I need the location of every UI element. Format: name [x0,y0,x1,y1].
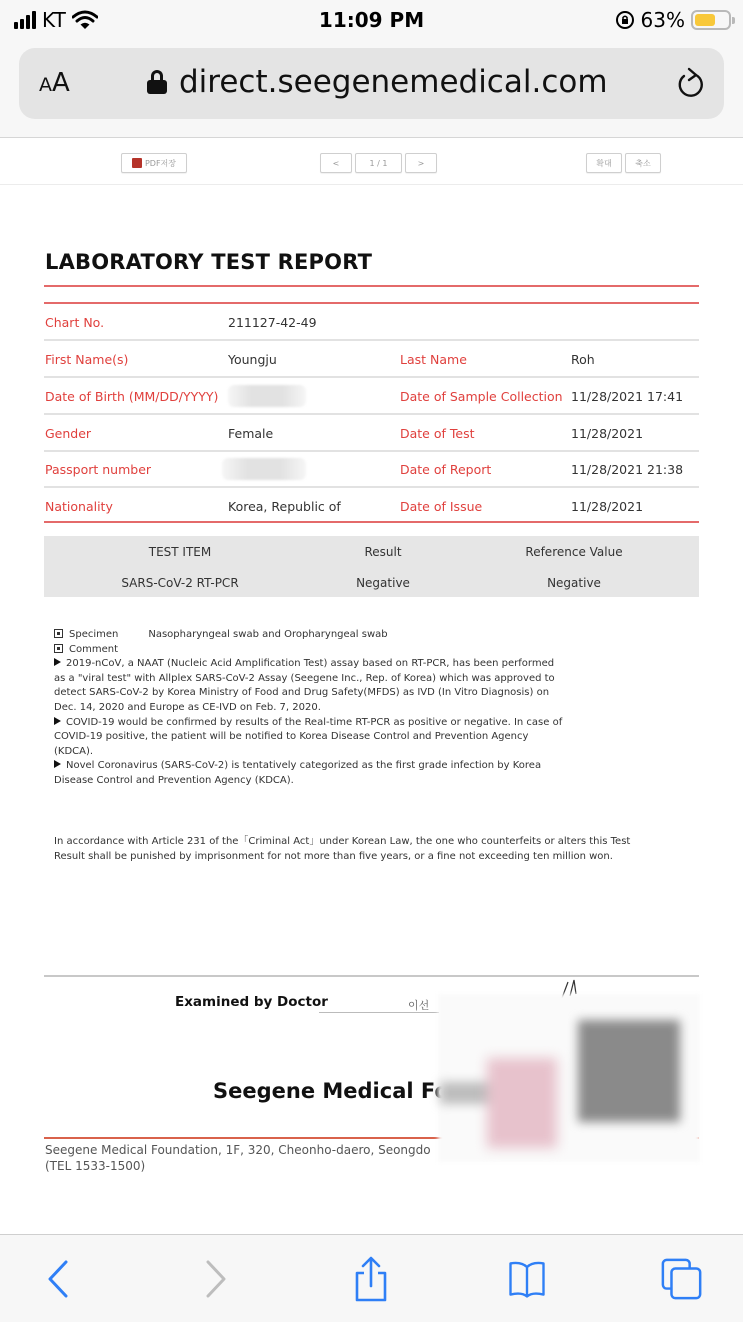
specimen-line: SpecimenNasopharyngeal swab and Orophary… [54,628,564,643]
battery-percent: 63% [641,8,685,32]
foundation-address: Seegene Medical Foundation, 1F, 320, Che… [45,1142,431,1174]
field-label: Date of Sample Collection [400,389,563,404]
report-title: LABORATORY TEST REPORT [45,250,372,274]
forward-button[interactable] [194,1255,238,1303]
field-label: Nationality [45,499,113,514]
back-button[interactable] [36,1255,80,1303]
status-right: 63% [615,8,731,32]
pdf-toolbar: PDF저장 < 1 / 1 > 확대 축소 [0,139,743,185]
field-value: Korea, Republic of [228,499,341,514]
field-label: Last Name [400,352,467,367]
field-label: Date of Report [400,462,491,477]
comment-item: COVID-19 would be confirmed by results o… [54,716,564,760]
field-label: Date of Test [400,426,475,441]
info-row: GenderFemaleDate of Test11/28/2021 [44,415,699,452]
legal-notice: In accordance with Article 231 of the「Cr… [54,834,654,864]
field-label: Date of Issue [400,499,482,514]
next-page-button[interactable]: > [405,153,437,173]
browser-address-area: AA direct.seegenemedical.com [0,40,743,138]
field-value: Female [228,426,273,441]
info-row: First Name(s)YoungjuLast NameRoh [44,341,699,378]
text-size-button[interactable]: AA [39,68,70,98]
field-value: 11/28/2021 17:41 [571,389,683,404]
url-field[interactable]: direct.seegenemedical.com [147,64,608,100]
field-value: Youngju [228,352,277,367]
reference-value: Negative [547,576,601,590]
info-row: Passport numberDate of Report11/28/2021 … [44,451,699,488]
official-seal [487,1058,557,1148]
save-pdf-button[interactable]: PDF저장 [121,153,187,173]
back-icon [46,1259,70,1299]
foundation-name: Seegene Medical Fou [213,1079,464,1103]
lock-icon [147,70,167,94]
field-label: Gender [45,426,91,441]
signature-divider [44,975,699,977]
url-text: direct.seegenemedical.com [179,64,608,100]
field-value: Roh [571,352,595,367]
field-label: Passport number [45,462,151,477]
chart-number: 211127-42-49 [228,315,317,330]
info-row: Date of Birth (MM/DD/YYYY)Date of Sample… [44,378,699,415]
orientation-lock-icon [615,10,635,30]
results-table: TEST ITEM Result Reference Value SARS-Co… [44,536,699,597]
field-label: First Name(s) [45,352,128,367]
triangle-bullet-icon [54,658,61,666]
tabs-icon [660,1256,704,1302]
notes-section: SpecimenNasopharyngeal swab and Orophary… [54,628,564,789]
comment-heading: Comment [54,643,564,658]
title-rule [44,285,699,287]
field-label: Date of Birth (MM/DD/YYYY) [45,389,218,404]
bullet-square-icon [54,644,63,653]
info-row: NationalityKorea, Republic ofDate of Iss… [44,488,699,525]
tabs-button[interactable] [660,1255,704,1303]
field-value: 11/28/2021 21:38 [571,462,683,477]
table-bottom-rule [44,521,699,523]
redacted-value [228,385,306,407]
share-button[interactable] [349,1255,393,1303]
results-row: SARS-CoV-2 RT-PCR Negative Negative [44,567,699,597]
zoom-out-button[interactable]: 축소 [625,153,661,173]
info-row-chart-no: Chart No. 211127-42-49 [44,304,699,341]
status-bar: KT 11:09 PM 63% [0,0,743,40]
bookmarks-button[interactable] [505,1255,549,1303]
share-icon [351,1255,391,1303]
test-result: Negative [356,576,410,590]
bookmarks-icon [505,1258,549,1300]
doctor-name: 이선 [408,997,429,1013]
comment-item: 2019-nCoV, a NAAT (Nucleic Acid Amplific… [54,657,564,715]
reload-icon[interactable] [674,66,706,102]
triangle-bullet-icon [54,717,61,725]
browser-toolbar [0,1234,743,1322]
bullet-square-icon [54,629,63,638]
comment-item: Novel Coronavirus (SARS-CoV-2) is tentat… [54,759,564,788]
forward-icon [204,1259,228,1299]
field-value: 11/28/2021 [571,499,643,514]
redacted-value [222,458,306,480]
page-indicator: 1 / 1 [355,153,402,173]
test-item: SARS-CoV-2 RT-PCR [121,576,238,590]
zoom-in-button[interactable]: 확대 [586,153,622,173]
address-bar[interactable]: AA direct.seegenemedical.com [19,48,724,119]
field-value: 11/28/2021 [571,426,643,441]
triangle-bullet-icon [54,760,61,768]
prev-page-button[interactable]: < [320,153,352,173]
examined-by-label: Examined by Doctor [175,994,328,1010]
results-header-row: TEST ITEM Result Reference Value [44,536,699,566]
qr-code [578,1020,680,1122]
pdf-icon [132,158,142,168]
battery-icon [691,10,731,30]
